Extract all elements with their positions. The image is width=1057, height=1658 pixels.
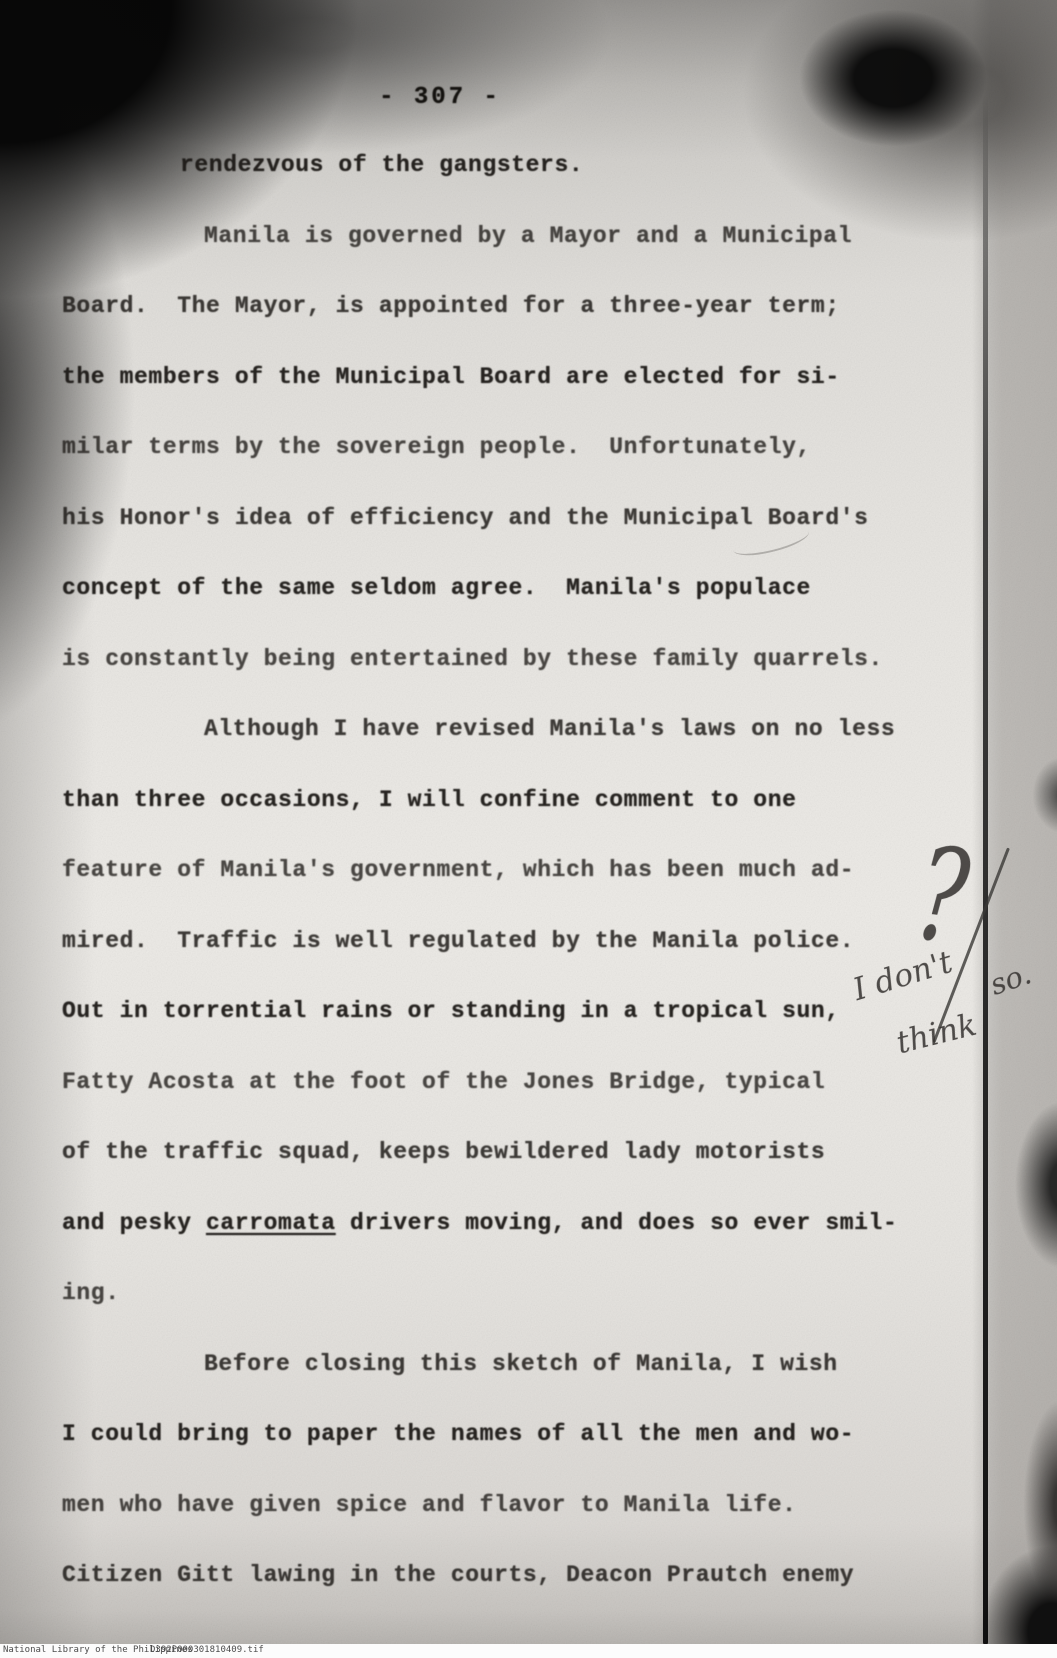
typed-line: his Honor's idea of efficiency and the M…: [62, 505, 869, 531]
typed-line: men who have given spice and flavor to M…: [62, 1492, 797, 1518]
typed-line: and pesky carromata drivers moving, and …: [62, 1210, 897, 1236]
typed-line: Citizen Gitt lawing in the courts, Deaco…: [62, 1562, 854, 1588]
page-number: - 307 -: [0, 84, 880, 111]
typed-line: the members of the Municipal Board are e…: [62, 364, 840, 390]
scan-footer-bar: National Library of the Philippines D392…: [0, 1644, 1057, 1658]
typed-line: than three occasions, I will confine com…: [62, 787, 797, 813]
underlined-word: carromata: [206, 1210, 336, 1236]
typed-line: concept of the same seldom agree. Manila…: [62, 575, 811, 601]
typed-line: Board. The Mayor, is appointed for a thr…: [62, 293, 840, 319]
typed-line: rendezvous of the gangsters.: [62, 152, 583, 178]
typed-line: Fatty Acosta at the foot of the Jones Br…: [62, 1069, 825, 1095]
typed-line: feature of Manila's government, which ha…: [62, 857, 854, 883]
typed-line: is constantly being entertained by these…: [62, 646, 883, 672]
typed-line: I could bring to paper the names of all …: [62, 1421, 854, 1447]
typed-line: ing.: [62, 1280, 120, 1306]
typed-line: mired. Traffic is well regulated by the …: [62, 928, 854, 954]
typed-line: Although I have revised Manila's laws on…: [62, 716, 895, 742]
typed-line: of the traffic squad, keeps bewildered l…: [62, 1139, 825, 1165]
typed-line: Before closing this sketch of Manila, I …: [62, 1351, 838, 1377]
typed-line: milar terms by the sovereign people. Unf…: [62, 434, 811, 460]
page-edge-line: [983, 95, 988, 1645]
typed-text-layer: - 307 - rendezvous of the gangsters.Mani…: [0, 0, 1057, 1658]
typed-line: Manila is governed by a Mayor and a Muni…: [62, 223, 852, 249]
scanned-document-page: - 307 - rendezvous of the gangsters.Mani…: [0, 0, 1057, 1658]
typed-line: Out in torrential rains or standing in a…: [62, 998, 840, 1024]
footer-filename: D392P000301810409.tif: [150, 1644, 264, 1657]
